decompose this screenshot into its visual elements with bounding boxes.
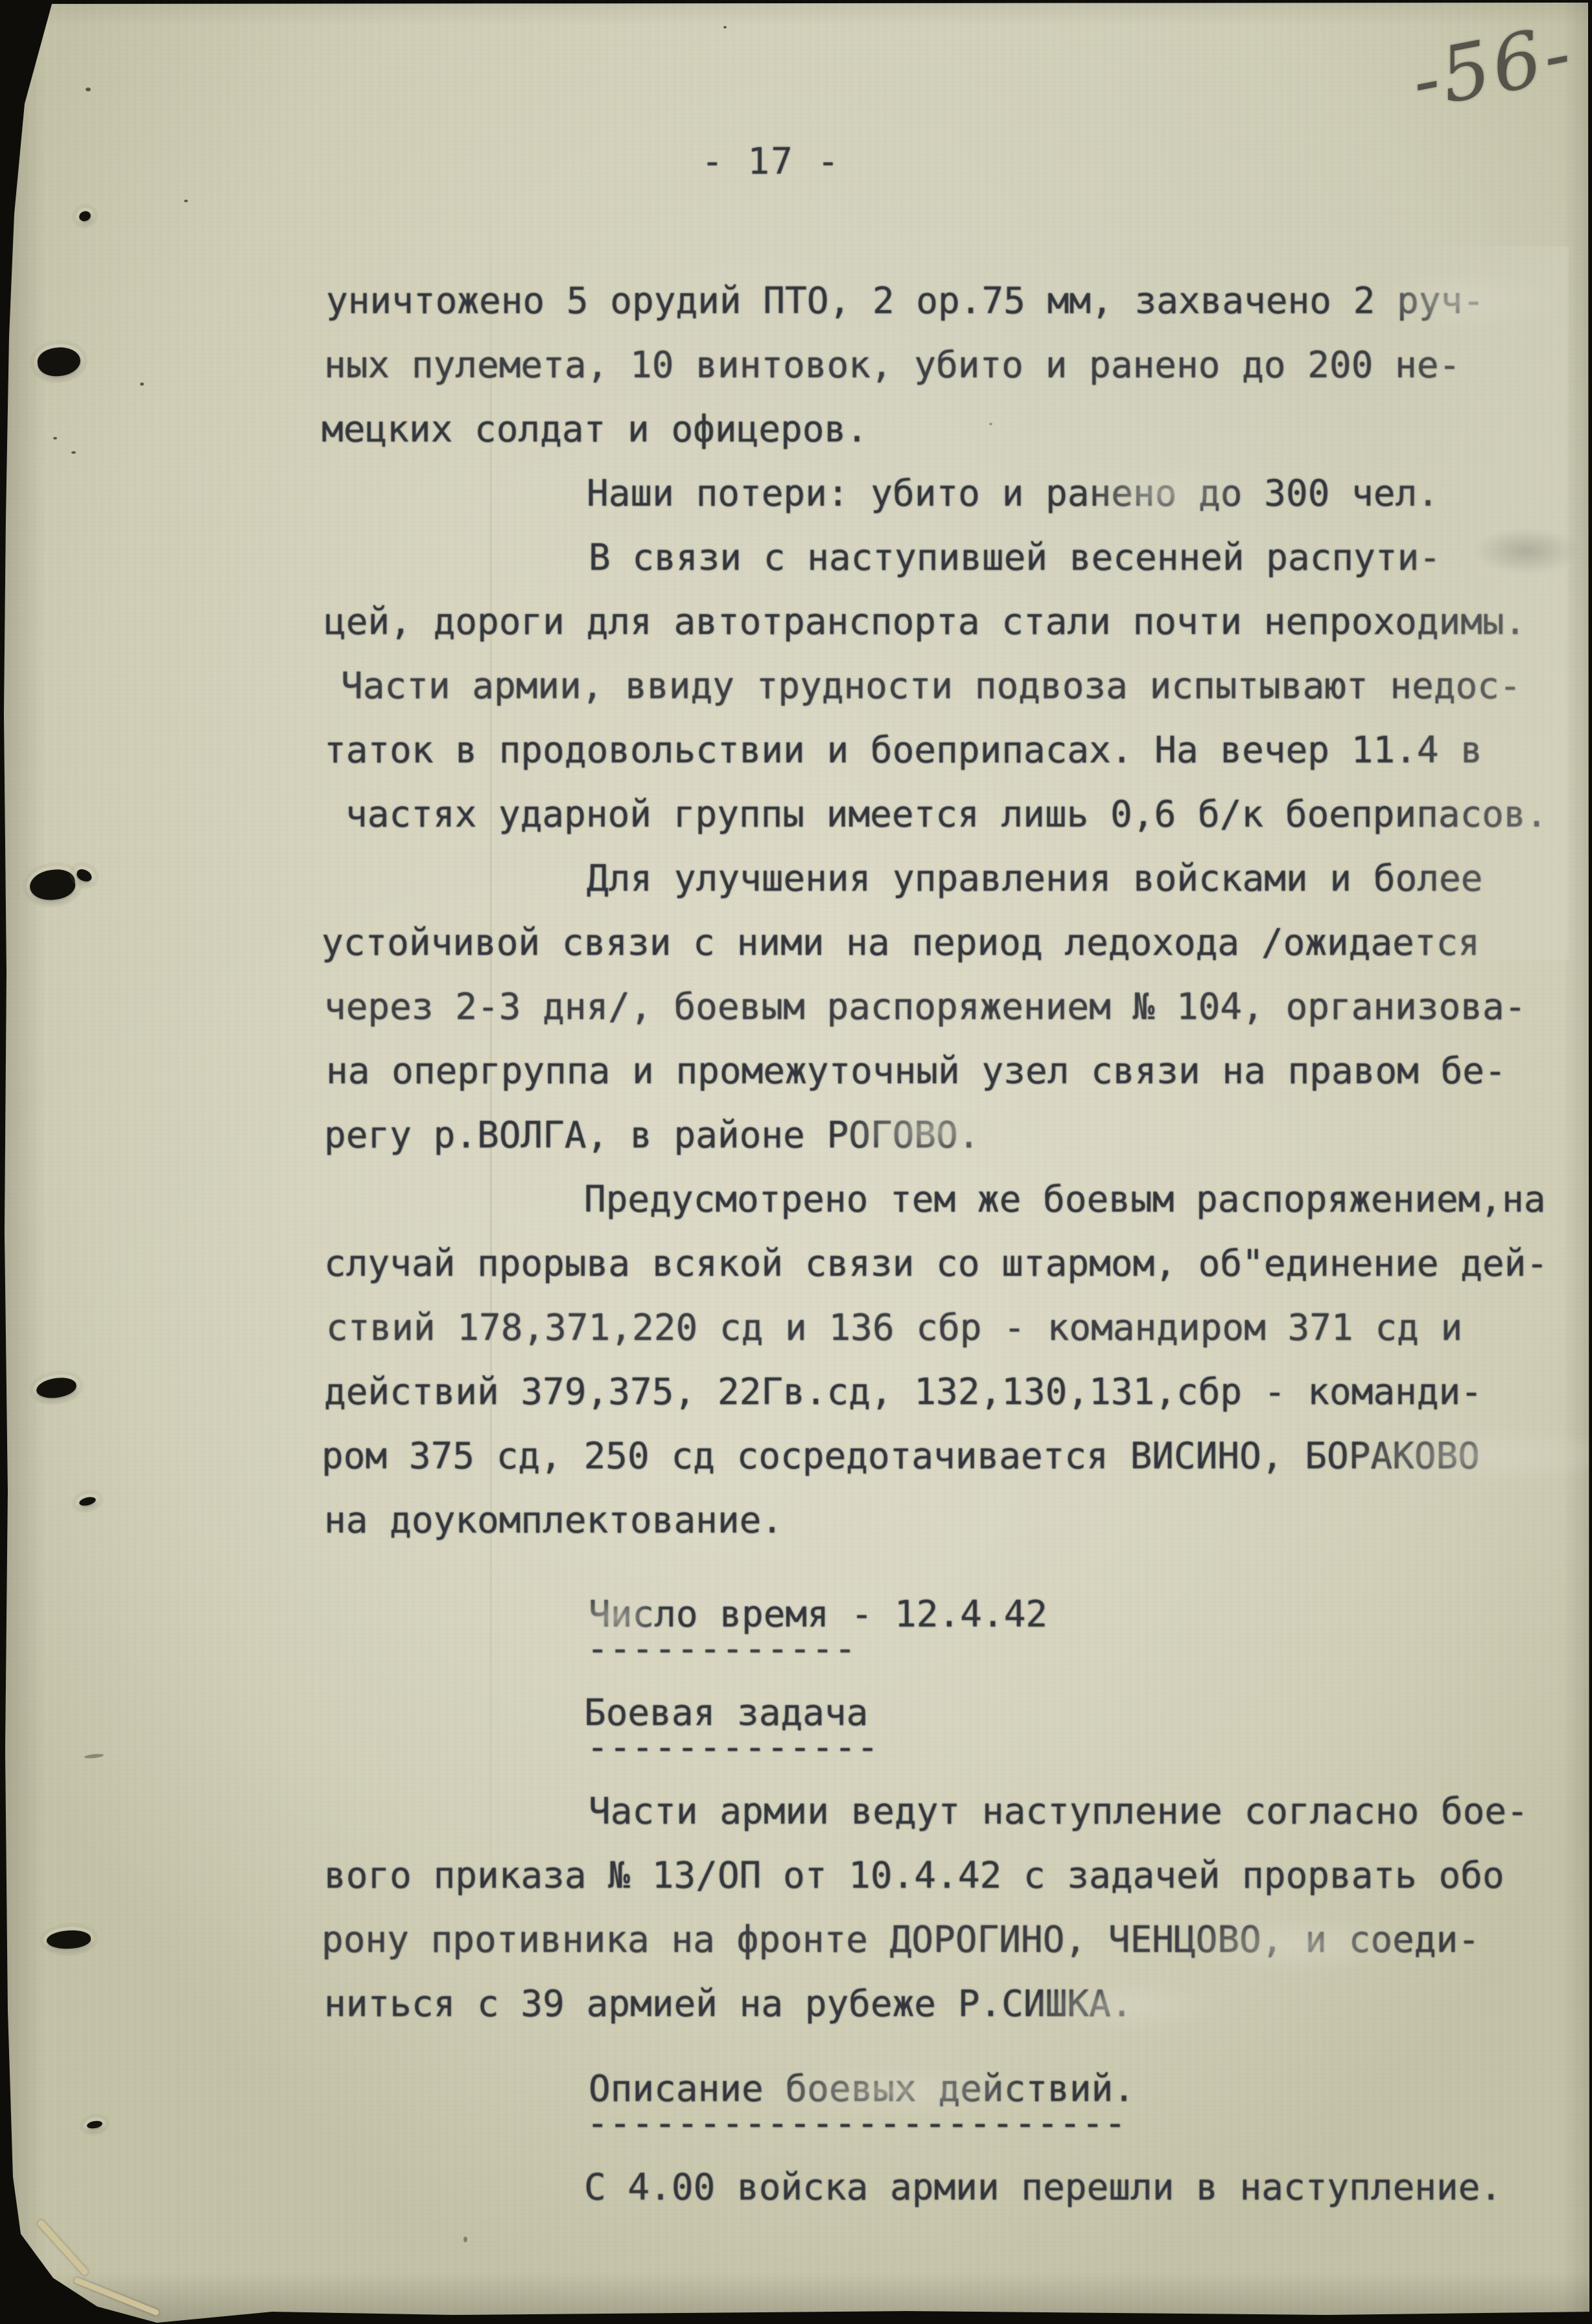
text-line: частях ударной группы имеется лишь 0,6 б… (345, 782, 1592, 847)
text-line: Части армии, ввиду трудности подвоза исп… (341, 654, 1589, 718)
text-line: на доукомплектование. (324, 1488, 1592, 1553)
text-line: мецких солдат и офицеров. (322, 397, 1589, 462)
worm-hole (78, 209, 92, 222)
text-line: Боевая задача (584, 1681, 1589, 1745)
paper-speck (53, 437, 57, 440)
text-line: Части армии ведут наступление согласно б… (589, 1779, 1592, 1844)
text-line: уничтожено 5 орудий ПТО, 2 ор.75 мм, зах… (326, 269, 1592, 333)
text-line: Предусмотрено тем же боевым распоряжение… (584, 1168, 1589, 1232)
text-line: ных пулемета, 10 винтовок, убито и ранен… (324, 333, 1592, 397)
paper-speck (723, 26, 727, 29)
text-line: вого приказа № 13/ОП от 10.4.42 с задаче… (324, 1844, 1592, 1908)
torn-corner-edge (36, 2219, 89, 2276)
paper-speck (989, 423, 992, 425)
text-line: ром 375 сд, 250 сд сосредотачивается ВИС… (322, 1424, 1589, 1488)
text-line: С 4.00 войска армии перешли в наступлени… (584, 2155, 1589, 2220)
text-line: таток в продовольствии и боеприпасах. На… (324, 718, 1592, 782)
text-line: рону противника на фронте ДОРОГИНО, ЧЕНЦ… (322, 1908, 1589, 1972)
text-line: Наши потери: убито и ранено до 300 чел. (587, 462, 1592, 526)
paper-speck (71, 451, 76, 454)
text-line: Для улучшения управления войсками и боле… (587, 847, 1592, 911)
text-line: В связи с наступившей весенней распути- (589, 526, 1592, 590)
text-line: действий 379,375, 22Гв.сд, 132,130,131,с… (324, 1360, 1592, 1424)
torn-corner-edge (73, 2277, 159, 2316)
text-line: на опергруппа и промежуточный узел связи… (326, 1039, 1592, 1103)
scanned-page: - 17 - -56- уничтожено 5 орудий ПТО, 2 о… (0, 0, 1592, 2324)
text-line: случай прорыва всякой связи со штармом, … (324, 1232, 1592, 1296)
text-line: через 2-3 дня/, боевым распоряжением № 1… (324, 975, 1592, 1039)
dashed-underline: ------------ (587, 1617, 1592, 1681)
text-line: устойчивой связи с ними на период ледохо… (322, 911, 1589, 975)
text-line: Описание боевых действий. (589, 2057, 1592, 2121)
text-line: цей, дороги для автотранспорта стали поч… (324, 590, 1592, 654)
paper-sheet: - 17 - -56- уничтожено 5 орудий ПТО, 2 о… (0, 0, 1592, 2324)
handwritten-page-number: -56- (1405, 7, 1581, 126)
document-body: уничтожено 5 орудий ПТО, 2 ор.75 мм, зах… (0, 269, 1592, 2220)
paper-speck (140, 382, 144, 386)
text-line: регу р.ВОЛГА, в районе РОГОВО. (324, 1103, 1592, 1168)
typed-page-number: - 17 - (701, 130, 840, 194)
paper-speck (184, 200, 188, 202)
paper-speck (86, 88, 91, 91)
text-line: ниться с 39 армией на рубеже Р.СИШКА. (324, 1972, 1592, 2036)
text-line: ствий 178,371,220 сд и 136 сбр - команди… (326, 1296, 1592, 1360)
paper-speck (463, 2236, 467, 2242)
